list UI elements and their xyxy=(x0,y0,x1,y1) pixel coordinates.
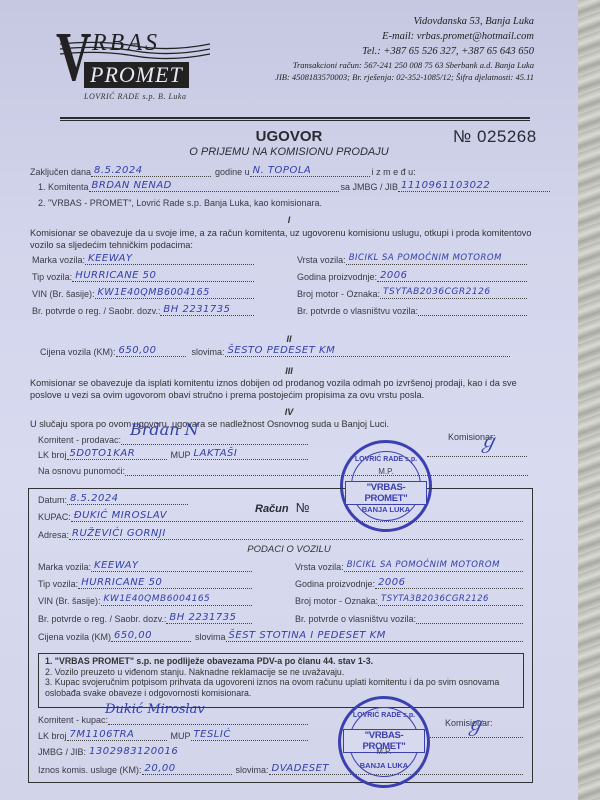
vehicle-data-heading: PODACI O VOZILU xyxy=(0,544,578,555)
vin-field[interactable]: KW1E40QMB6004165 xyxy=(95,287,254,299)
fee-words-label: slovima: xyxy=(236,765,269,775)
ownership-field[interactable] xyxy=(418,304,527,316)
inv-ownership-row: Br. potvrde o vlasništvu vozila: xyxy=(295,611,523,624)
concluded-date-field[interactable]: 8.5.2024 xyxy=(91,165,211,177)
year-row: Godina proizvodnje: 2006 xyxy=(297,269,527,282)
inv-make-row: Marka vozila: KEEWAY xyxy=(38,559,252,572)
inv-year-field[interactable]: 2006 xyxy=(375,577,523,589)
logo-top-text: RBAS xyxy=(92,30,160,57)
section-2-heading: II xyxy=(0,334,578,344)
inv-price-label: Cijena vozila (KM) xyxy=(38,632,111,642)
year-field[interactable]: 2006 xyxy=(377,270,527,282)
company-phone: Tel.: +387 65 526 327, +387 65 643 650 xyxy=(275,44,534,59)
proxy-field[interactable] xyxy=(125,464,528,476)
buyer-label: KUPAC: xyxy=(38,512,71,522)
stamp2-mp-text: M.P. xyxy=(341,747,427,756)
type-row: Tip vozila: HURRICANE 50 xyxy=(32,269,254,282)
seller-signature: Brdan N xyxy=(130,420,199,439)
company-ids: JIB: 4508183570003; Br. rješenja: 02-352… xyxy=(275,71,534,83)
kind-label: Vrsta vozila: xyxy=(297,255,346,265)
inv-engine-row: Broj motor - Oznaka: TSYTA3B2036CGR2126 xyxy=(295,593,523,606)
party1-label: 1. Komitenta xyxy=(38,182,89,192)
invoice-date-label: Datum: xyxy=(38,495,67,505)
number-value: 025268 xyxy=(477,127,537,146)
inv-commissioner-signature: ℊ xyxy=(465,708,485,737)
buyer-address-row: Adresa: RUŽEVIĆI GORNJI xyxy=(38,527,523,540)
inv-price-field[interactable]: 650,00 xyxy=(111,630,191,642)
year-label: Godina proizvodnje: xyxy=(297,272,377,282)
concluded-row: Zaključen dana 8.5.2024 godine u N. TOPO… xyxy=(30,164,550,177)
mup-label: MUP xyxy=(171,450,191,460)
buyer-mup-field[interactable]: TESLIĆ xyxy=(191,729,308,741)
make-label: Marka vozila: xyxy=(32,255,85,265)
inv-year-row: Godina proizvodnje: 2006 xyxy=(295,576,523,589)
reg-row: Br. potvrde o reg. / Saobr. dozv.: BH 22… xyxy=(32,303,254,316)
engine-field[interactable]: TSYTAB2036CGR2126 xyxy=(380,287,527,299)
proxy-label: Na osnovu punomoći: xyxy=(38,466,125,476)
stamp-top-text: LOVRIĆ RADE s.p. xyxy=(343,456,429,463)
inv-ownership-label: Br. potvrde o vlasništvu vozila: xyxy=(295,614,416,624)
inv-engine-label: Broj motor - Oznaka: xyxy=(295,596,378,606)
inv-commissioner-signature-line[interactable] xyxy=(427,737,523,738)
buyer-lk-field[interactable]: 7M1106TRA xyxy=(67,729,167,741)
inv-price-words-field[interactable]: ŠEST STOTINA I PEDESET KM xyxy=(226,630,523,642)
number-sign: № xyxy=(453,127,472,146)
document-number: № 025268 xyxy=(453,127,537,147)
ownership-row: Br. potvrde o vlasništvu vozila: xyxy=(297,303,527,316)
company-contact: Vidovdanska 53, Banja Luka E-mail: vrbas… xyxy=(275,14,534,83)
place-field[interactable]: N. TOPOLA xyxy=(250,165,370,177)
company-account: Transakcioni račun: 567-241 250 008 75 6… xyxy=(275,59,534,71)
reg-label: Br. potvrde o reg. / Saobr. dozv.: xyxy=(32,306,160,316)
buyer-jmbg-label: JMBG / JIB: xyxy=(38,747,86,757)
inv-vin-field[interactable]: KW1E40QMB6004165 xyxy=(101,594,252,606)
proxy-row: Na osnovu punomoći: xyxy=(38,463,528,476)
section-1-text: Komisionar se obavezuje da u svoje ime, … xyxy=(30,227,550,251)
seller-label: Komitent - prodavac: xyxy=(38,435,121,445)
fee-field[interactable]: 20,00 xyxy=(142,763,232,775)
section-4-heading: IV xyxy=(0,407,578,417)
company-stamp-invoice: LOVRIĆ RADE s.p. "VRBAS-PROMET" M.P. BAN… xyxy=(338,696,430,788)
invoice-notes: 1. "VRBAS PROMET" s.p. ne podliježe obav… xyxy=(38,653,524,708)
inv-reg-label: Br. potvrde o reg. / Saobr. dozv.: xyxy=(38,614,166,624)
between-label: i z m e đ u: xyxy=(372,167,416,177)
party1-jmbg-field[interactable]: 1110961103022 xyxy=(398,180,550,192)
commissioner-signature: ℊ xyxy=(478,425,498,454)
stamp2-top-text: LOVRIĆ RADE s.p. xyxy=(341,712,427,719)
ownership-label: Br. potvrde o vlasništvu vozila: xyxy=(297,306,418,316)
price-label: Cijena vozila (KM): xyxy=(40,347,116,357)
price-words-field[interactable]: ŠESTO PEDESET KM xyxy=(225,345,510,357)
buyer-mup-label: MUP xyxy=(171,731,191,741)
invoice-date-field[interactable]: 8.5.2024 xyxy=(67,493,188,505)
stamp2-bottom-text: BANJA LUKA xyxy=(341,761,427,770)
engine-label: Broj motor - Oznaka: xyxy=(297,289,380,299)
vin-label: VIN (Br. šasije): xyxy=(32,289,95,299)
inv-kind-row: Vrsta vozila: BICIKL SA POMOĆNIM MOTOROM xyxy=(295,559,523,572)
inv-vin-row: VIN (Br. šasije): KW1E40QMB6004165 xyxy=(38,593,252,606)
inv-price-row: Cijena vozila (KM) 650,00 slovima ŠEST S… xyxy=(38,629,523,642)
stamp-mp-text: M.P. xyxy=(343,467,429,476)
stamp-bottom-text: BANJA LUKA xyxy=(343,505,429,514)
inv-engine-field[interactable]: TSYTA3B2036CGR2126 xyxy=(378,594,523,606)
seller-lk-field[interactable]: 5D0TO1KAR xyxy=(67,448,167,460)
party2-text: 2. "VRBAS - PROMET", Lovrić Rade s.p. Ba… xyxy=(38,198,322,208)
logo-promet: PROMET xyxy=(84,62,189,88)
invoice-date-row: Datum: 8.5.2024 xyxy=(38,492,188,505)
company-email: E-mail: vrbas.promet@hotmail.com xyxy=(275,29,534,44)
party1-row: 1. Komitenta BRDAN NENAD sa JMBG / JIB 1… xyxy=(38,179,550,192)
buyer-sign-label: Komitent - kupac: xyxy=(38,715,108,725)
company-address: Vidovdanska 53, Banja Luka xyxy=(275,14,534,29)
reg-field[interactable]: BH 2231735 xyxy=(160,304,254,316)
logo-subtitle: LOVRIĆ RADE s.p. B. Luka xyxy=(84,92,186,101)
place-label: godine u xyxy=(215,167,250,177)
inv-kind-field[interactable]: BICIKL SA POMOĆNIM MOTOROM xyxy=(344,560,523,572)
commissioner-signature-line[interactable] xyxy=(427,456,527,457)
fee-row: Iznos komis. usluge (KM): 20,00 slovima:… xyxy=(38,762,523,775)
buyer-lk-label: LK broj xyxy=(38,731,67,741)
lk-label: LK broj xyxy=(38,450,67,460)
header-divider xyxy=(60,117,530,121)
type-label: Tip vozila: xyxy=(32,272,72,282)
stamp-middle-text: "VRBAS-PROMET" xyxy=(345,481,427,505)
inv-reg-field[interactable]: BH 2231735 xyxy=(166,612,252,624)
buyer-lk-row: LK broj 7M1106TRA MUP TESLIĆ xyxy=(38,728,308,741)
document-subtitle: O PRIJEMU NA KOMISIONU PRODAJU xyxy=(0,146,578,158)
inv-price-words-label: slovima xyxy=(195,632,226,642)
buyer-jmbg-row: JMBG / JIB: 1302983120016 xyxy=(38,744,288,757)
inv-make-label: Marka vozila: xyxy=(38,562,91,572)
table-surface-edge xyxy=(578,0,600,800)
inv-type-field[interactable]: HURRICANE 50 xyxy=(78,577,252,589)
inv-kind-label: Vrsta vozila: xyxy=(295,562,344,572)
inv-reg-row: Br. potvrde o reg. / Saobr. dozv.: BH 22… xyxy=(38,611,252,624)
inv-year-label: Godina proizvodnje: xyxy=(295,579,375,589)
note-1: 1. "VRBAS PROMET" s.p. ne podliježe obav… xyxy=(45,656,517,667)
price-field[interactable]: 650,00 xyxy=(116,345,186,357)
fee-label: Iznos komis. usluge (KM): xyxy=(38,765,142,775)
price-words-label: slovima: xyxy=(192,347,225,357)
type-field[interactable]: HURRICANE 50 xyxy=(72,270,254,282)
concluded-label: Zaključen dana xyxy=(30,167,91,177)
buyer-row: KUPAC: ĐUKIĆ MIROSLAV xyxy=(38,509,523,522)
price-row: Cijena vozila (KM): 650,00 slovima: ŠEST… xyxy=(40,344,510,357)
note-3: 3. Kupac svojeručnim potpisom prihvata d… xyxy=(45,677,517,698)
inv-type-label: Tip vozila: xyxy=(38,579,78,589)
buyer-address-label: Adresa: xyxy=(38,530,69,540)
inv-type-row: Tip vozila: HURRICANE 50 xyxy=(38,576,252,589)
kind-field[interactable]: BICIKL SA POMOĆNIM MOTOROM xyxy=(346,253,527,265)
party1-name-field[interactable]: BRDAN NENAD xyxy=(89,180,339,192)
buyer-address-field[interactable]: RUŽEVIĆI GORNJI xyxy=(69,528,523,540)
buyer-field[interactable]: ĐUKIĆ MIROSLAV xyxy=(71,510,523,522)
section-3-text: Komisionar se obavezuje da isplati komit… xyxy=(30,377,550,401)
section-4-text: U slučaju spora po ovom ugovoru, ugovara… xyxy=(30,418,550,430)
buyer-signature: Đukić Miroslav xyxy=(105,702,205,717)
jmbg-label: sa JMBG / JIB xyxy=(341,182,399,192)
note-2: 2. Vozilo preuzeto u viđenom stanju. Nak… xyxy=(45,667,517,678)
section-1-heading: I xyxy=(0,215,578,225)
engine-row: Broj motor - Oznaka: TSYTAB2036CGR2126 xyxy=(297,286,527,299)
buyer-jmbg-field[interactable]: 1302983120016 xyxy=(86,746,178,757)
section-3-heading: III xyxy=(0,366,578,376)
inv-make-field[interactable]: KEEWAY xyxy=(91,560,252,572)
make-field[interactable]: KEEWAY xyxy=(85,253,254,265)
inv-ownership-field[interactable] xyxy=(416,612,523,624)
vin-row: VIN (Br. šasije): KW1E40QMB6004165 xyxy=(32,286,254,299)
make-row: Marka vozila: KEEWAY xyxy=(32,252,254,265)
inv-vin-label: VIN (Br. šasije): xyxy=(38,596,101,606)
kind-row: Vrsta vozila: BICIKL SA POMOĆNIM MOTOROM xyxy=(297,252,527,265)
seller-lk-row: LK broj 5D0TO1KAR MUP LAKTAŠI xyxy=(38,447,308,460)
seller-mup-field[interactable]: LAKTAŠI xyxy=(191,448,308,460)
